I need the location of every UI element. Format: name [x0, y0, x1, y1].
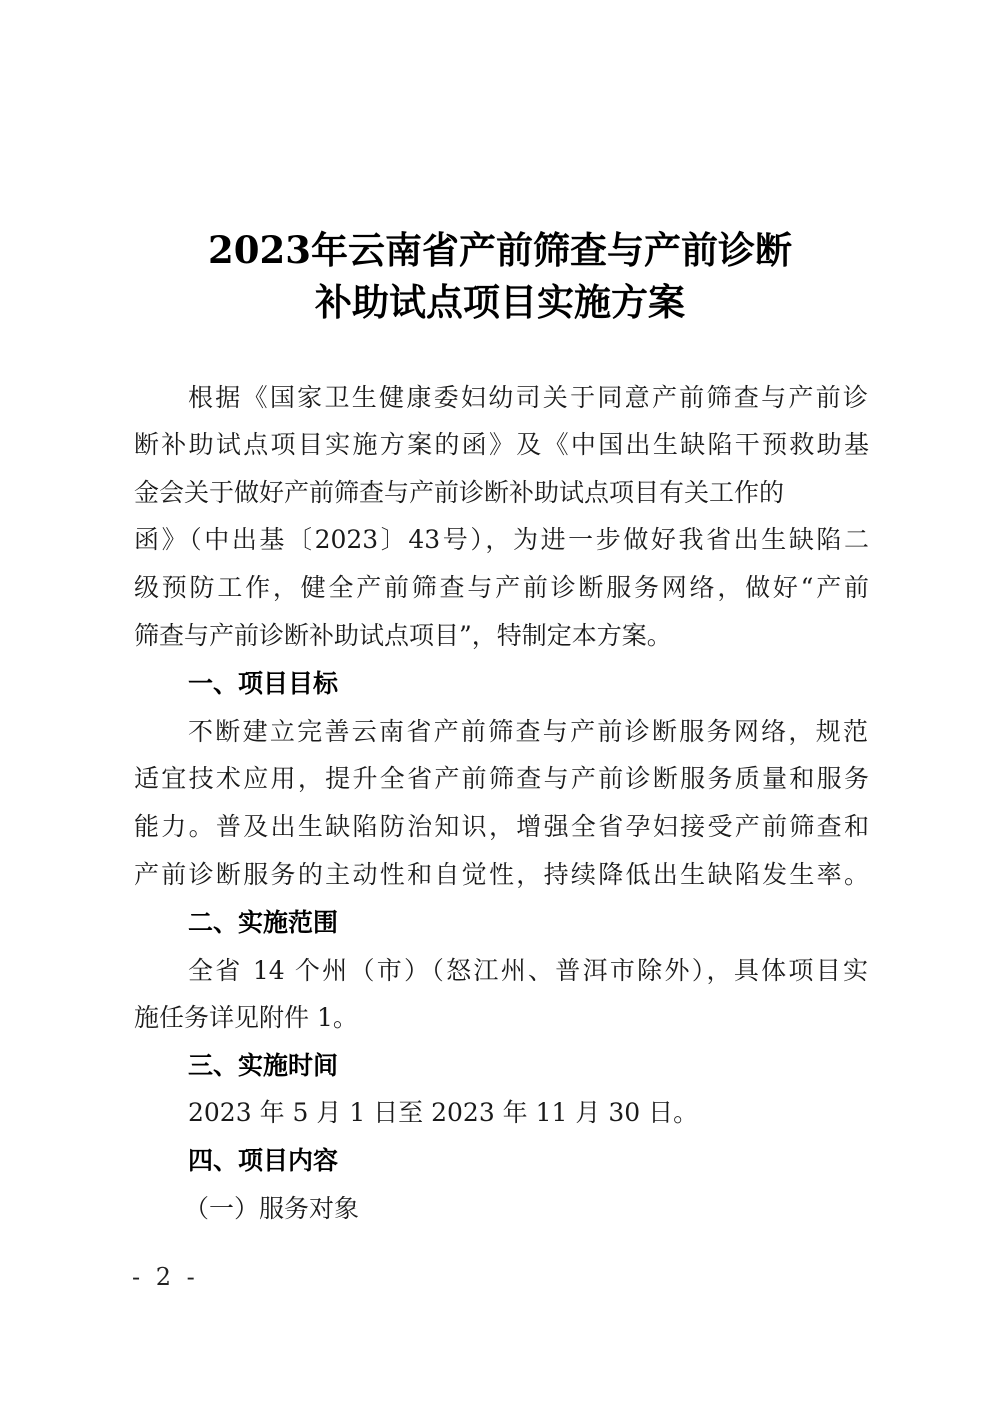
section-line: 2023 年 5 月 1 日至 2023 年 11 月 30 日。: [188, 1097, 868, 1129]
intro-line: 根据《国家卫生健康委妇幼司关于同意产前筛查与产前诊: [188, 382, 868, 414]
section-line: 适宜技术应用，提升全省产前筛查与产前诊断服务质量和服务: [134, 763, 869, 795]
section-heading-scope: 二、实施范围: [188, 907, 338, 939]
section-heading-timeline: 三、实施时间: [188, 1050, 338, 1082]
document-title-line-1: 2023年云南省产前筛查与产前诊断: [0, 228, 1000, 272]
document-page: 2023年云南省产前筛查与产前诊断 补助试点项目实施方案 根据《国家卫生健康委妇…: [0, 0, 1000, 1414]
intro-line: 级预防工作，健全产前筛查与产前诊断服务网络，做好“产前: [134, 572, 869, 604]
section-heading-goals: 一、项目目标: [188, 668, 338, 700]
section-heading-content: 四、项目内容: [188, 1145, 338, 1177]
section-line: 产前诊断服务的主动性和自觉性，持续降低出生缺陷发生率。: [134, 859, 869, 891]
page-number: - 2 -: [132, 1262, 199, 1292]
intro-line: 金会关于做好产前筛查与产前诊断补助试点项目有关工作的: [134, 477, 869, 509]
intro-line: 筛查与产前诊断补助试点项目”，特制定本方案。: [134, 620, 869, 652]
section-line: 全省 14 个州（市）（怒江州、普洱市除外），具体项目实: [188, 955, 868, 987]
section-line: 施任务详见附件 1。: [134, 1002, 869, 1034]
section-line: 能力。普及出生缺陷防治知识，增强全省孕妇接受产前筛查和: [134, 811, 869, 843]
section-line: 不断建立完善云南省产前筛查与产前诊断服务网络，规范: [188, 716, 868, 748]
intro-line: 函》（中出基〔2023〕43号），为进一步做好我省出生缺陷二: [134, 524, 869, 556]
document-title-line-2: 补助试点项目实施方案: [0, 280, 1000, 324]
subsection-heading-service-targets: （一）服务对象: [184, 1193, 359, 1225]
intro-line: 断补助试点项目实施方案的函》及《中国出生缺陷干预救助基: [134, 429, 869, 461]
